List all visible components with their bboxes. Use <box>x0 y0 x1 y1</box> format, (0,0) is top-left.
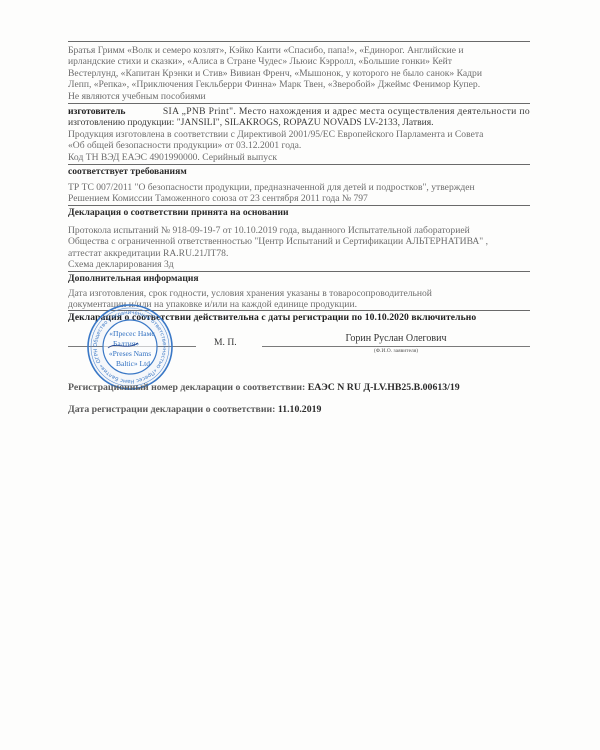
manufacturer-line-3: Продукция изготовлена в соответствии с Д… <box>68 129 530 140</box>
rule-after-manufacturer <box>68 164 530 165</box>
rule-after-requirements <box>68 205 530 206</box>
svg-text:«Пресес Намс: «Пресес Намс <box>109 329 155 338</box>
manufacturer-line-4: «Об общей безопасности продукции» от 03.… <box>68 140 530 151</box>
registration-date: Дата регистрации декларации о соответств… <box>68 404 321 415</box>
manufacturer-label: изготовитель <box>68 106 125 117</box>
registration-date-label: Дата регистрации декларации о соответств… <box>68 404 275 415</box>
products-line-2: ирландские стихи и сказки», «Алиса в Стр… <box>68 56 530 67</box>
requirements-line-1: ТР ТС 007/2011 "О безопасности продукции… <box>68 182 530 193</box>
requirements-heading: соответствует требованиям <box>68 166 530 178</box>
products-section: Братья Гримм «Волк и семеро козлят», Кэй… <box>68 42 530 103</box>
declaration-body: Братья Гримм «Волк и семеро козлят», Кэй… <box>68 41 530 324</box>
manufacturer-name: SIA „PNB Print". Место нахождения и адре… <box>163 106 530 117</box>
rule-after-basis <box>68 271 530 272</box>
registration-date-value: 11.10.2019 <box>278 404 322 415</box>
declaration-page: Братья Гримм «Волк и семеро козлят», Кэй… <box>0 0 600 750</box>
basis-line-2: Общества с ограниченной ответственностью… <box>68 236 530 247</box>
manufacturer-line-2: изготовлению продукции: "JANSILI", SILAK… <box>68 117 530 128</box>
declaration-scheme: Схема декларирования 3д <box>68 259 530 270</box>
basis-heading: Декларация о соответствии принята на осн… <box>68 207 530 219</box>
products-line-5: Не являются учебным пособиями <box>68 91 530 102</box>
additional-info-heading: Дополнительная информация <box>68 273 530 285</box>
products-line-1: Братья Гримм «Волк и семеро козлят», Кэй… <box>68 45 530 56</box>
svg-text:«Preses Nams: «Preses Nams <box>109 349 151 358</box>
products-line-3: Вестерлунд, «Капитан Крэнки и Стив» Виви… <box>68 68 530 79</box>
seal-icon: Общество с ограниченной ответственностью… <box>86 303 174 391</box>
basis-line-3: аттестат аккредитации RA.RU.21ЛТ78. <box>68 248 530 259</box>
signer-name: Горин Руслан Олегович <box>262 333 530 344</box>
company-seal: Общество с ограниченной ответственностью… <box>86 303 174 391</box>
signer-caption: (Ф.И.О. заявителя) <box>262 348 530 354</box>
basis-line-1: Протокола испытаний № 918-09-19-7 от 10.… <box>68 225 530 236</box>
hs-code-line: Код ТН ВЭД ЕАЭС 4901990000. Серийный вып… <box>68 152 530 163</box>
registration-number-label: Регистрационный номер декларации о соотв… <box>68 382 305 393</box>
manufacturer-line-1: изготовитель SIA „PNB Print". Место нахо… <box>68 106 530 117</box>
products-line-4: Лепп, «Репка», «Приключения Гекльберри Ф… <box>68 79 530 90</box>
registration-number-value: ЕАЭС N RU Д-LV.НВ25.В.00613/19 <box>308 382 460 393</box>
signer-line <box>262 346 530 347</box>
additional-line-1: Дата изготовления, срок годности, услови… <box>68 288 530 299</box>
seal-place-label: М. П. <box>214 337 237 348</box>
manufacturer-section: изготовитель SIA „PNB Print". Место нахо… <box>68 104 530 164</box>
registration-number: Регистрационный номер декларации о соотв… <box>68 382 460 393</box>
requirements-line-2: Решением Комиссии Таможенного союза от 2… <box>68 193 530 204</box>
svg-text:Baltic» Ltd: Baltic» Ltd <box>116 359 150 368</box>
